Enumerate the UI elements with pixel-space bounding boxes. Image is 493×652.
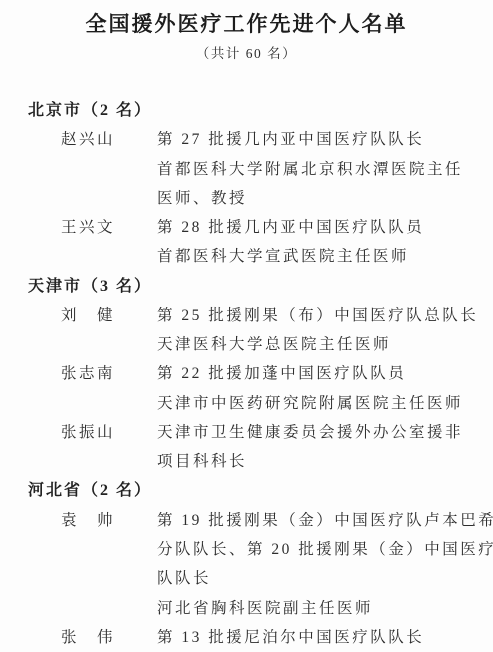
entry-line: 天津市卫生健康委员会援外办公室援非: [157, 418, 493, 447]
page-subtitle: （共计 60 名）: [0, 45, 493, 62]
entry-line: 项目科科长: [157, 447, 493, 476]
entry-row: 刘 健 第 25 批援刚果（布）中国医疗队总队长 天津医科大学总医院主任医师: [0, 301, 493, 360]
entry-line: 天津市中医药研究院附属医院主任医师: [157, 389, 493, 418]
document-page: 全国援外医疗工作先进个人名单 （共计 60 名） 北京市（2 名） 赵兴山 第 …: [0, 0, 493, 652]
entry-row: 王兴文 第 28 批援几内亚中国医疗队队员 首都医科大学宣武医院主任医师: [0, 213, 493, 272]
entry-line: 第 13 批援尼泊尔中国医疗队队长: [157, 623, 493, 652]
section-header-beijing: 北京市（2 名）: [0, 96, 493, 125]
entry-row: 张志南 第 22 批援加蓬中国医疗队队员 天津市中医药研究院附属医院主任医师: [0, 359, 493, 418]
entry-line: 队队长: [157, 564, 493, 593]
entry-name: 张振山: [61, 418, 157, 477]
entry-description: 第 22 批援加蓬中国医疗队队员 天津市中医药研究院附属医院主任医师: [157, 359, 493, 418]
entry-line: 第 19 批援刚果（金）中国医疗队卢本巴希: [157, 506, 493, 535]
entry-name: 刘 健: [61, 301, 157, 360]
entry-description: 第 27 批援几内亚中国医疗队队长 首都医科大学附属北京积水潭医院主任 医师、教…: [157, 125, 493, 213]
entry-line: 天津医科大学总医院主任医师: [157, 330, 493, 359]
entry-name: 张志南: [61, 359, 157, 418]
entry-description: 第 13 批援尼泊尔中国医疗队队长: [157, 623, 493, 652]
entry-name: 王兴文: [61, 213, 157, 272]
entry-description: 天津市卫生健康委员会援外办公室援非 项目科科长: [157, 418, 493, 477]
entry-line: 分队队长、第 20 批援刚果（金）中国医疗: [157, 535, 493, 564]
entry-line: 首都医科大学附属北京积水潭医院主任: [157, 155, 493, 184]
document-body: 北京市（2 名） 赵兴山 第 27 批援几内亚中国医疗队队长 首都医科大学附属北…: [0, 96, 493, 652]
entry-line: 第 27 批援几内亚中国医疗队队长: [157, 125, 493, 154]
entry-line: 第 25 批援刚果（布）中国医疗队总队长: [157, 301, 493, 330]
entry-line: 第 22 批援加蓬中国医疗队队员: [157, 359, 493, 388]
entry-description: 第 28 批援几内亚中国医疗队队员 首都医科大学宣武医院主任医师: [157, 213, 493, 272]
section-header-hebei: 河北省（2 名）: [0, 476, 493, 505]
entry-description: 第 19 批援刚果（金）中国医疗队卢本巴希 分队队长、第 20 批援刚果（金）中…: [157, 506, 493, 623]
entry-row: 张振山 天津市卫生健康委员会援外办公室援非 项目科科长: [0, 418, 493, 477]
entry-description: 第 25 批援刚果（布）中国医疗队总队长 天津医科大学总医院主任医师: [157, 301, 493, 360]
entry-row: 张 伟 第 13 批援尼泊尔中国医疗队队长: [0, 623, 493, 652]
entry-row: 赵兴山 第 27 批援几内亚中国医疗队队长 首都医科大学附属北京积水潭医院主任 …: [0, 125, 493, 213]
entry-name: 赵兴山: [61, 125, 157, 213]
entry-line: 首都医科大学宣武医院主任医师: [157, 242, 493, 271]
entry-line: 第 28 批援几内亚中国医疗队队员: [157, 213, 493, 242]
entry-line: 河北省胸科医院副主任医师: [157, 594, 493, 623]
page-title: 全国援外医疗工作先进个人名单: [0, 0, 493, 37]
entry-row: 袁 帅 第 19 批援刚果（金）中国医疗队卢本巴希 分队队长、第 20 批援刚果…: [0, 506, 493, 623]
entry-name: 张 伟: [61, 623, 157, 652]
entry-name: 袁 帅: [61, 506, 157, 623]
entry-line: 医师、教授: [157, 184, 493, 213]
section-header-tianjin: 天津市（3 名）: [0, 272, 493, 301]
